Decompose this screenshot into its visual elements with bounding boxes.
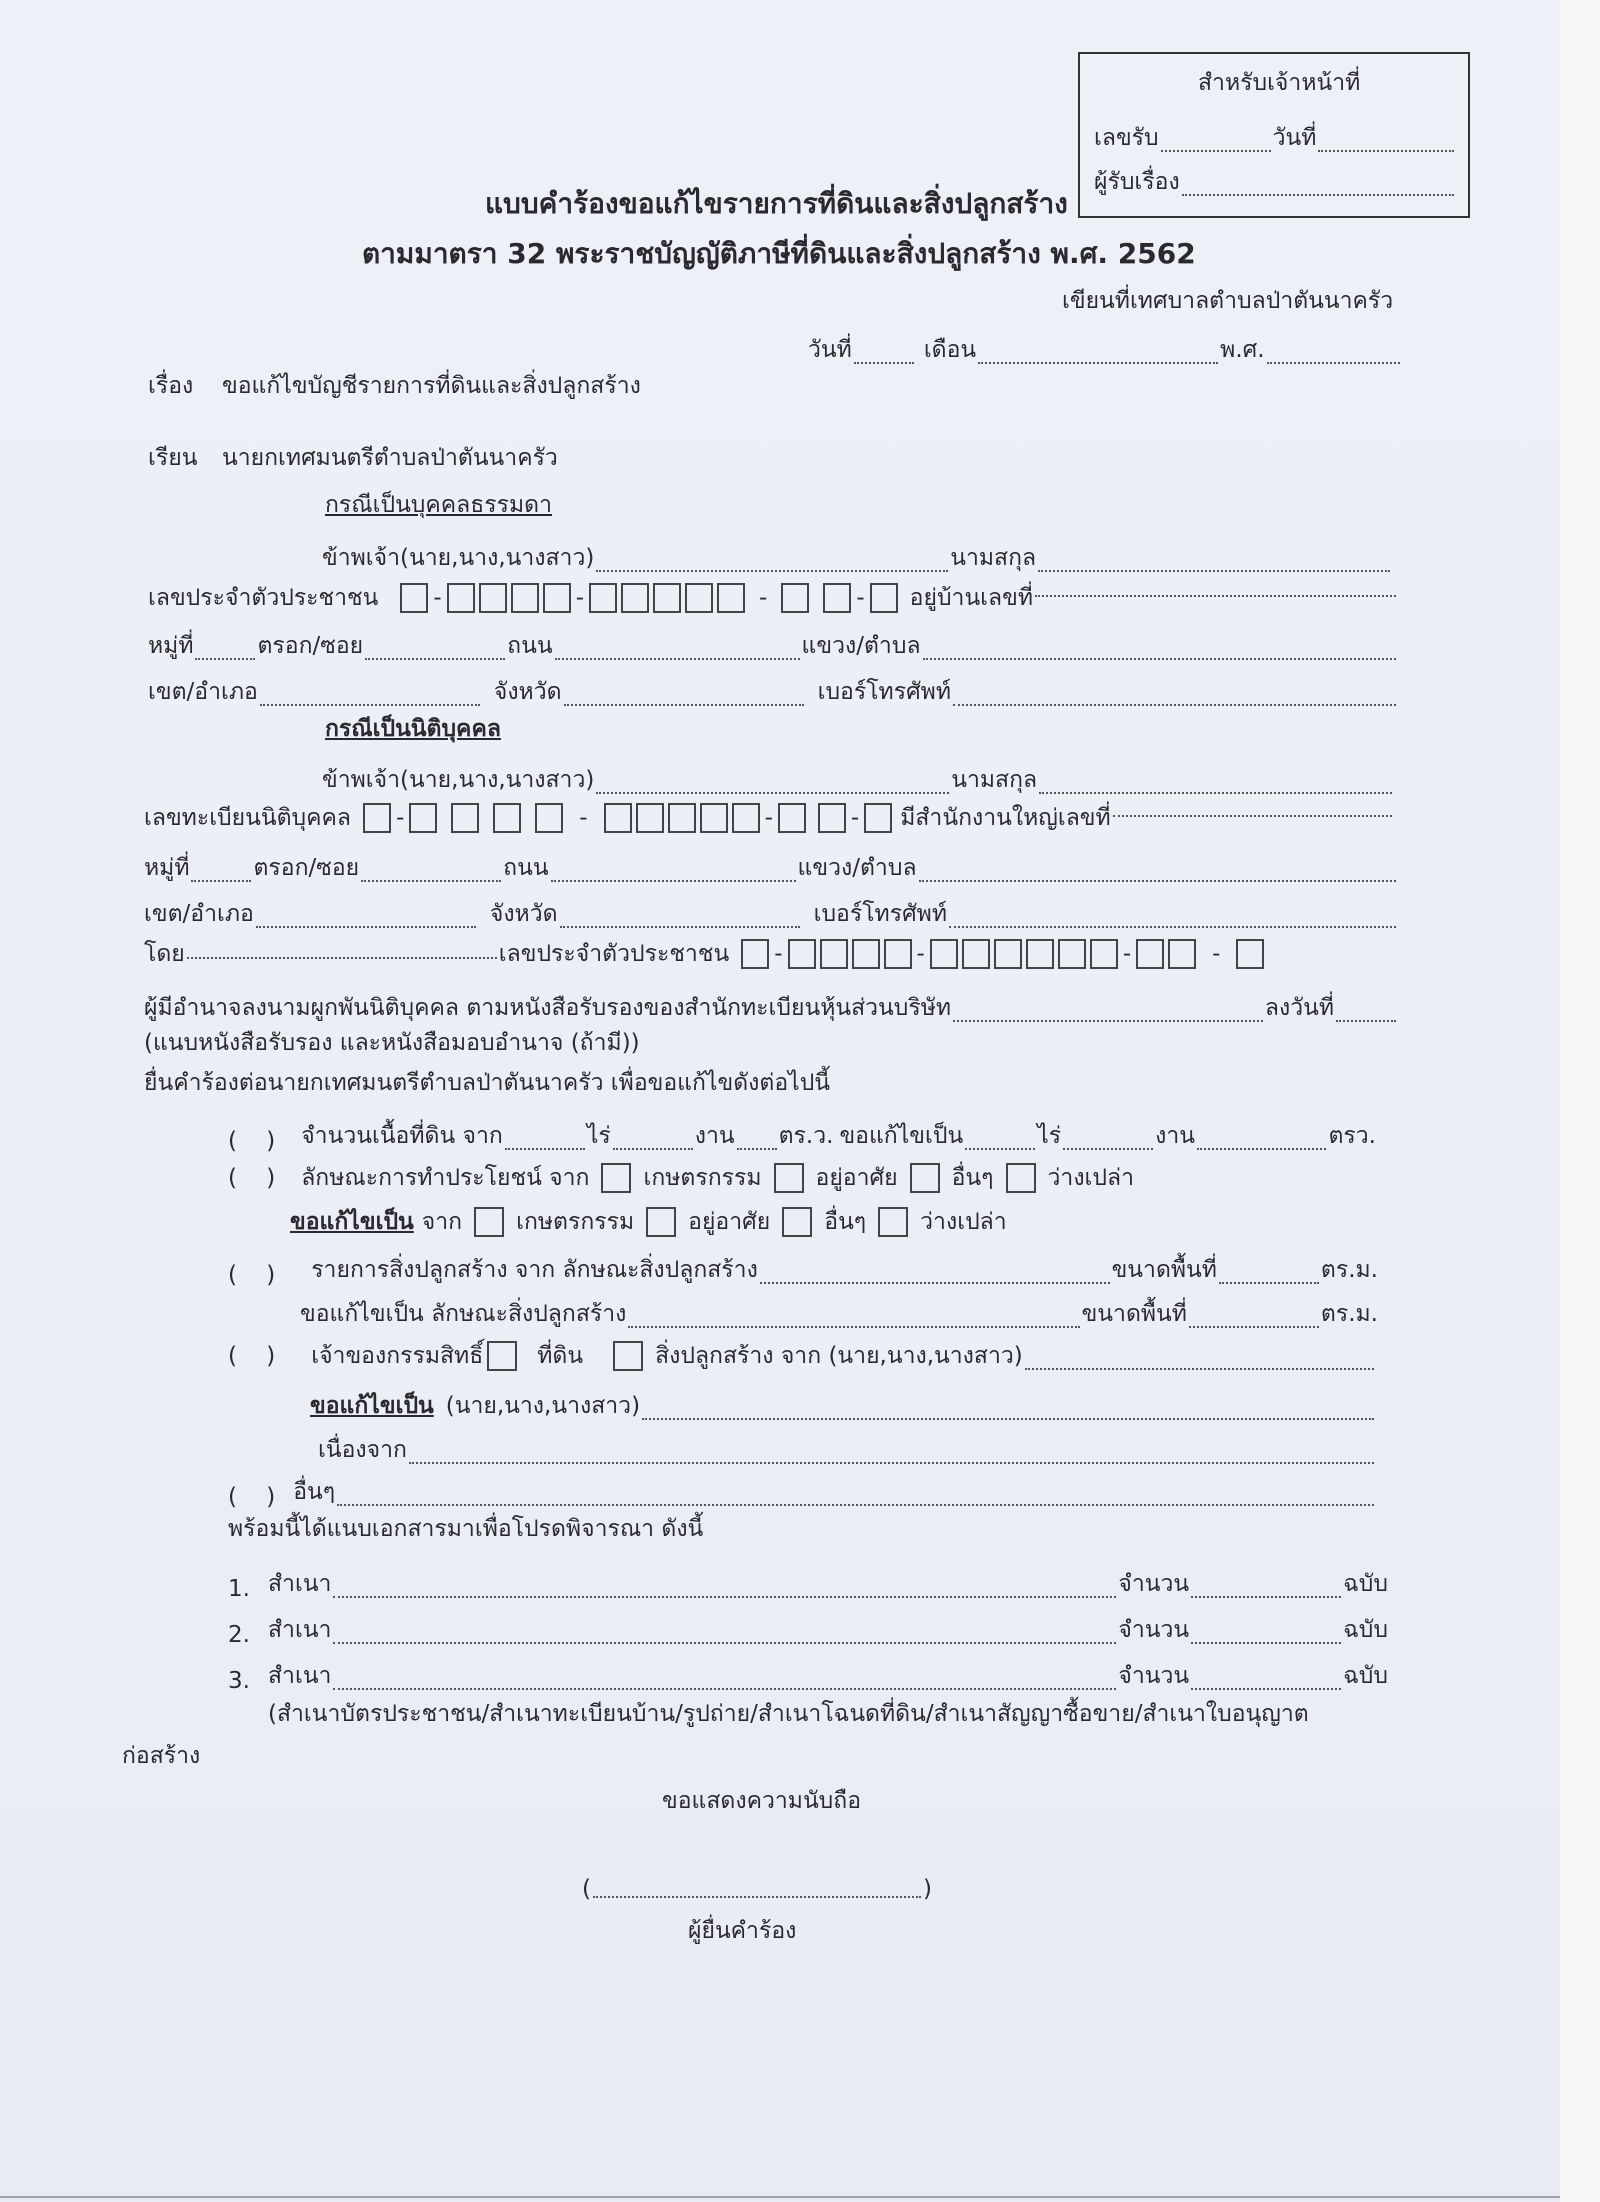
usage-residential-checkbox[interactable] <box>774 1163 804 1193</box>
reg-label: เลขทะเบียนนิติบุคคล <box>144 800 351 836</box>
district-label: เขต/อำเภอ <box>148 674 258 710</box>
usage-other-label: อื่นๆ <box>952 1160 994 1196</box>
attachments-note: (สำเนาบัตรประชาชน/สำเนาทะเบียนบ้าน/รูปถ่… <box>268 1703 1309 1726</box>
area-label: จำนวนเนื้อที่ดิน จาก <box>301 1118 503 1154</box>
other-field[interactable] <box>337 1504 1374 1506</box>
alley-field[interactable] <box>365 658 505 660</box>
usage-agri-checkbox[interactable] <box>601 1163 631 1193</box>
building-change-size-label: ขนาดพื้นที่ <box>1082 1296 1187 1332</box>
ngan-to-field[interactable] <box>1063 1148 1153 1150</box>
building-label: รายการสิ่งปลูกสร้าง จาก ลักษณะสิ่งปลูกสร… <box>311 1252 758 1288</box>
attachment-count-field[interactable] <box>1191 1688 1341 1690</box>
juristic-district-field[interactable] <box>256 926 476 928</box>
scan-edge <box>1560 0 1600 2202</box>
owner-change-row: ขอแก้ไขเป็น (นาย,นาง,นางสาว) <box>310 1388 1376 1424</box>
attachment-item: 1. สำเนา จำนวน ฉบับ <box>228 1566 1388 1602</box>
juristic-district-row: เขต/อำเภอ จังหวัด เบอร์โทรศัพท์ <box>144 896 1398 932</box>
individual-surname-field[interactable] <box>1038 570 1390 572</box>
change-agri-label: เกษตรกรรม <box>516 1204 634 1240</box>
other-row: ( ) อื่นๆ <box>228 1474 1376 1510</box>
representative-field[interactable] <box>187 957 497 959</box>
individual-address-row: หมู่ที่ ตรอก/ซอย ถนน แขวง/ตำบล <box>148 628 1398 664</box>
attachment-unit: ฉบับ <box>1343 1612 1388 1648</box>
receipt-no-label: เลขรับ <box>1094 120 1159 156</box>
usage-row: ( ) ลักษณะการทำประโยชน์ จาก เกษตรกรรม อย… <box>228 1160 1376 1196</box>
rai-to-label: ไร่ <box>1037 1118 1061 1154</box>
juristic-road-field[interactable] <box>551 880 796 882</box>
house-no-field[interactable] <box>1035 595 1396 597</box>
written-at: เขียนที่เทศบาลตำบลป่าตันนาครัว <box>1062 290 1393 313</box>
usage-vacant-checkbox[interactable] <box>1006 1163 1036 1193</box>
form-page: สำหรับเจ้าหน้าที่ เลขรับ วันที่ ผู้รับเร… <box>0 0 1560 2198</box>
juristic-subdistrict-field[interactable] <box>919 880 1396 882</box>
road-field[interactable] <box>555 658 800 660</box>
id-label: เลขประจำตัวประชาชน <box>148 580 378 616</box>
juristic-alley-field[interactable] <box>361 880 501 882</box>
attachment-doc-field[interactable] <box>333 1642 1116 1644</box>
building-checkbox[interactable]: ( ) <box>228 1262 275 1288</box>
year-field[interactable] <box>1267 362 1400 364</box>
hq-field[interactable] <box>1113 815 1392 817</box>
usage-change-row: ขอแก้ไขเป็น จาก เกษตรกรรม อยู่อาศัย อื่น… <box>290 1204 1290 1240</box>
owner-land-checkbox[interactable] <box>487 1341 517 1371</box>
juristic-name-label: ข้าพเจ้า(นาย,นาง,นางสาว) <box>322 762 594 798</box>
change-agri-checkbox[interactable] <box>474 1207 504 1237</box>
district-field[interactable] <box>260 704 480 706</box>
paren-open: ( <box>582 1876 591 1902</box>
juristic-subdistrict-label: แขวง/ตำบล <box>798 850 917 886</box>
house-no-label: อยู่บ้านเลขที่ <box>910 580 1033 616</box>
day-field[interactable] <box>854 362 914 364</box>
attachment-count-label: จำนวน <box>1118 1566 1189 1602</box>
building-change-type-field[interactable] <box>628 1326 1079 1328</box>
owner-to-field[interactable] <box>642 1418 1374 1420</box>
authority-text: ผู้มีอำนาจลงนามผูกพันนิติบุคคล ตามหนังสื… <box>144 990 951 1026</box>
area-change-label: ขอแก้ไขเป็น <box>839 1118 963 1154</box>
month-label: เดือน <box>924 332 976 368</box>
attachment-count-field[interactable] <box>1191 1596 1341 1598</box>
phone-label: เบอร์โทรศัพท์ <box>818 674 951 710</box>
receipt-row: เลขรับ วันที่ <box>1094 120 1456 156</box>
juristic-surname-label: นามสกุล <box>951 762 1037 798</box>
dated-label: ลงวันที่ <box>1265 990 1334 1026</box>
sqwa-from-field[interactable] <box>737 1148 777 1150</box>
date-label: วันที่ <box>808 332 852 368</box>
owner-building-label: สิ่งปลูกสร้าง จาก (นาย,นาง,นางสาว) <box>655 1338 1023 1374</box>
id-number-boxes[interactable]: ---- <box>398 583 899 613</box>
closing-text: ขอแสดงความนับถือ <box>662 1790 861 1813</box>
attachment-count-label: จำนวน <box>1118 1612 1189 1648</box>
change-vacant-label: ว่างเปล่า <box>920 1204 1007 1240</box>
building-change-label: ขอแก้ไขเป็น ลักษณะสิ่งปลูกสร้าง <box>300 1296 626 1332</box>
company-reg-field[interactable] <box>953 1020 1263 1022</box>
owner-land-label: ที่ดิน <box>537 1338 583 1374</box>
attachment-label: สำเนา <box>268 1658 331 1694</box>
juristic-address-row: หมู่ที่ ตรอก/ซอย ถนน แขวง/ตำบล <box>144 850 1398 886</box>
other-checkbox[interactable]: ( ) <box>228 1484 275 1510</box>
juristic-phone-field[interactable] <box>949 926 1396 928</box>
usage-other-checkbox[interactable] <box>910 1163 940 1193</box>
attachment-doc-field[interactable] <box>333 1688 1116 1690</box>
usage-change-label: ขอแก้ไขเป็น <box>290 1204 414 1240</box>
building-unit: ตร.ม. <box>1321 1252 1378 1288</box>
moo-label: หมู่ที่ <box>148 628 193 664</box>
change-residential-checkbox[interactable] <box>646 1207 676 1237</box>
owner-checkbox[interactable]: ( ) <box>228 1343 275 1369</box>
subdistrict-field[interactable] <box>923 658 1396 660</box>
representative-row: โดย เลขประจำตัวประชาชน ---- <box>144 936 1398 972</box>
subdistrict-label: แขวง/ตำบล <box>802 628 921 664</box>
individual-name-field[interactable] <box>596 570 948 572</box>
usage-checkbox[interactable]: ( ) <box>228 1165 275 1191</box>
month-field[interactable] <box>978 362 1218 364</box>
attachment-item: 2. สำเนา จำนวน ฉบับ <box>228 1612 1388 1648</box>
signature-name-field[interactable] <box>593 1896 921 1898</box>
change-other-checkbox[interactable] <box>782 1207 812 1237</box>
to-text: นายกเทศมนตรีตำบลป่าตันนาครัว <box>222 447 558 470</box>
juristic-moo-label: หมู่ที่ <box>144 850 189 886</box>
rai-label: ไร่ <box>587 1118 611 1154</box>
date-row: วันที่ เดือน พ.ศ. <box>808 332 1402 368</box>
individual-district-row: เขต/อำเภอ จังหวัด เบอร์โทรศัพท์ <box>148 674 1398 710</box>
individual-id-row: เลขประจำตัวประชาชน ---- อยู่บ้านเลขที่ <box>148 580 1398 616</box>
reg-number-boxes[interactable]: ---- <box>361 803 894 833</box>
owner-change-names: (นาย,นาง,นางสาว) <box>446 1388 640 1424</box>
sqwa-to-field[interactable] <box>1197 1148 1326 1150</box>
usage-residential-label: อยู่อาศัย <box>816 1160 898 1196</box>
juristic-phone-label: เบอร์โทรศัพท์ <box>814 896 947 932</box>
province-label: จังหวัด <box>494 674 562 710</box>
other-label: อื่นๆ <box>293 1474 335 1510</box>
year-label: พ.ศ. <box>1220 332 1264 368</box>
rai-from-field[interactable] <box>505 1148 585 1150</box>
change-residential-label: อยู่อาศัย <box>688 1204 770 1240</box>
authority-row: ผู้มีอำนาจลงนามผูกพันนิติบุคคล ตามหนังสื… <box>144 990 1398 1026</box>
juristic-road-label: ถนน <box>503 850 548 886</box>
phone-field[interactable] <box>953 704 1396 706</box>
juristic-reg-row: เลขทะเบียนนิติบุคคล ---- มีสำนักงานใหญ่เ… <box>144 800 1394 836</box>
owner-change-label: ขอแก้ไขเป็น <box>310 1388 434 1424</box>
attachment-label: สำเนา <box>268 1566 331 1602</box>
alley-label: ตรอก/ซอย <box>257 628 363 664</box>
attach-note: (แนบหนังสือรับรอง และหนังสือมอบอำนาจ (ถ้… <box>144 1032 640 1055</box>
representative-id-boxes[interactable]: ---- <box>739 939 1266 969</box>
usage-vacant-label: ว่างเปล่า <box>1048 1160 1135 1196</box>
individual-heading: กรณีเป็นบุคคลธรรมดา <box>325 494 552 517</box>
change-vacant-checkbox[interactable] <box>878 1207 908 1237</box>
usage-change-from: จาก <box>422 1204 462 1240</box>
representative-id-label: เลขประจำตัวประชาชน <box>499 936 729 972</box>
reason-label: เนื่องจาก <box>318 1432 407 1468</box>
attachment-count-label: จำนวน <box>1118 1658 1189 1694</box>
sqwa-label: ตร.ว. <box>779 1118 834 1154</box>
building-change-unit: ตร.ม. <box>1321 1296 1378 1332</box>
building-type-field[interactable] <box>760 1282 1110 1284</box>
province-field[interactable] <box>564 704 804 706</box>
attachments-note-cont: ก่อสร้าง <box>122 1745 200 1768</box>
officer-use-box: สำหรับเจ้าหน้าที่ เลขรับ วันที่ ผู้รับเร… <box>1078 52 1470 218</box>
attachment-doc-field[interactable] <box>333 1596 1116 1598</box>
ngan-label: งาน <box>695 1118 735 1154</box>
attachment-unit: ฉบับ <box>1343 1658 1388 1694</box>
ngan-to-label: งาน <box>1155 1118 1195 1154</box>
building-size-label: ขนาดพื้นที่ <box>1112 1252 1217 1288</box>
area-checkbox[interactable]: ( ) <box>228 1128 275 1154</box>
officer-date-field[interactable] <box>1318 150 1454 152</box>
request-intro: ยื่นคำร้องต่อนายกเทศมนตรีตำบลป่าตันนาครั… <box>144 1072 830 1095</box>
building-size-field[interactable] <box>1219 1282 1319 1284</box>
subject-text: ขอแก้ไขบัญชีรายการที่ดินและสิ่งปลูกสร้าง <box>222 375 641 398</box>
juristic-heading: กรณีเป็นนิติบุคคล <box>325 718 501 741</box>
receiver-field[interactable] <box>1182 194 1454 196</box>
receiver-label: ผู้รับเรื่อง <box>1094 164 1180 200</box>
ngan-from-field[interactable] <box>613 1148 693 1150</box>
subject-label: เรื่อง <box>148 375 193 398</box>
building-change-size-field[interactable] <box>1189 1326 1319 1328</box>
attachment-no: 2. <box>228 1622 268 1648</box>
rai-to-field[interactable] <box>965 1148 1035 1150</box>
signature-row: ( ) <box>582 1876 932 1902</box>
juristic-name-row: ข้าพเจ้า(นาย,นาง,นางสาว) นามสกุล <box>322 762 1394 798</box>
attachment-label: สำเนา <box>268 1612 331 1648</box>
juristic-province-field[interactable] <box>560 926 800 928</box>
attachment-count-field[interactable] <box>1191 1642 1341 1644</box>
attachment-no: 1. <box>228 1576 268 1602</box>
by-label: โดย <box>144 936 185 972</box>
signer-role: ผู้ยื่นคำร้อง <box>688 1920 796 1943</box>
change-other-label: อื่นๆ <box>824 1204 866 1240</box>
usage-label: ลักษณะการทำประโยชน์ จาก <box>301 1160 589 1196</box>
name-label: ข้าพเจ้า(นาย,นาง,นางสาว) <box>322 540 594 576</box>
owner-from-field[interactable] <box>1025 1368 1374 1370</box>
owner-building-checkbox[interactable] <box>613 1341 643 1371</box>
to-label: เรียน <box>148 447 197 470</box>
officer-date-label: วันที่ <box>1273 120 1317 156</box>
building-row: ( ) รายการสิ่งปลูกสร้าง จาก ลักษณะสิ่งปล… <box>228 1252 1378 1288</box>
building-change-row: ขอแก้ไขเป็น ลักษณะสิ่งปลูกสร้าง ขนาดพื้น… <box>300 1296 1378 1332</box>
officer-heading: สำหรับเจ้าหน้าที่ <box>1198 72 1360 95</box>
juristic-province-label: จังหวัด <box>490 896 558 932</box>
dated-field[interactable] <box>1336 1020 1396 1022</box>
individual-name-row: ข้าพเจ้า(นาย,นาง,นางสาว) นามสกุล <box>322 540 1392 576</box>
juristic-name-field[interactable] <box>596 792 949 794</box>
attachments-intro: พร้อมนี้ได้แนบเอกสารมาเพื่อโปรดพิจารณา ด… <box>228 1518 703 1541</box>
attachment-no: 3. <box>228 1668 268 1694</box>
usage-agri-label: เกษตรกรรม <box>643 1160 761 1196</box>
attachment-unit: ฉบับ <box>1343 1566 1388 1602</box>
road-label: ถนน <box>507 628 552 664</box>
owner-row: ( ) เจ้าของกรรมสิทธิ์ ที่ดิน สิ่งปลูกสร้… <box>228 1338 1376 1374</box>
juristic-alley-label: ตรอก/ซอย <box>253 850 359 886</box>
owner-label: เจ้าของกรรมสิทธิ์ <box>311 1338 483 1374</box>
reason-field[interactable] <box>409 1462 1374 1464</box>
receipt-no-field[interactable] <box>1161 150 1271 152</box>
attachment-item: 3. สำเนา จำนวน ฉบับ <box>228 1658 1388 1694</box>
area-row: ( ) จำนวนเนื้อที่ดิน จาก ไร่ งาน ตร.ว. ข… <box>228 1118 1376 1154</box>
form-title: แบบคำร้องขอแก้ไขรายการที่ดินและสิ่งปลูกส… <box>485 190 1068 218</box>
reason-row: เนื่องจาก <box>318 1432 1376 1468</box>
form-subtitle: ตามมาตรา 32 พระราชบัญญัติภาษีที่ดินและสิ… <box>362 240 1196 268</box>
surname-label: นามสกุล <box>950 540 1036 576</box>
moo-field[interactable] <box>195 658 255 660</box>
juristic-surname-field[interactable] <box>1039 792 1392 794</box>
juristic-moo-field[interactable] <box>191 880 251 882</box>
sqwa-to-label: ตรว. <box>1328 1118 1376 1154</box>
receiver-row: ผู้รับเรื่อง <box>1094 164 1456 200</box>
hq-label: มีสำนักงานใหญ่เลขที่ <box>900 800 1110 836</box>
juristic-district-label: เขต/อำเภอ <box>144 896 254 932</box>
paren-close: ) <box>923 1876 932 1902</box>
